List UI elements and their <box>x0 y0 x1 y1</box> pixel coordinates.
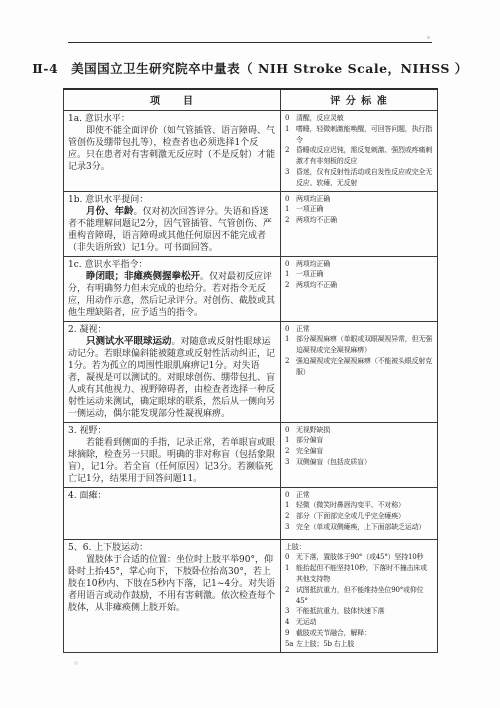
score-code: 4 <box>285 617 296 628</box>
scan-artifact-dot <box>74 661 78 665</box>
score-text: 清醒，反应灵敏 <box>296 113 433 124</box>
score-text: 部分凝视麻痹（单眼或双眼凝视异常，但无强迫凝视或完全凝视麻痹） <box>296 334 433 356</box>
score-item: 0正常 <box>285 490 433 501</box>
score-item: 1部分偏盲 <box>285 435 433 446</box>
score-text: 试图抵抗重力，但不能维持坐位90°或仰位45° <box>296 585 433 607</box>
criteria-cell: 0无视野缺损 1部分偏盲 2完全偏盲 3双侧偏盲（包括皮质盲） <box>281 422 438 487</box>
score-item: 2两项均不正确 <box>285 280 433 291</box>
table-header-row: 项 目 评 分 标 准 <box>64 89 438 111</box>
column-header-criteria: 评 分 标 准 <box>281 89 438 111</box>
item-title: 1a. 意识水平： <box>68 113 276 125</box>
column-header-item: 项 目 <box>64 89 281 111</box>
score-item: 1能抬起但不能坚持10秒，下落时不撞击床或其他支持物 <box>285 563 433 585</box>
score-text: 正常 <box>296 490 433 501</box>
table-row: 1a. 意识水平： 即使不能全面评价（如气管插管、语言障碍、气管创伤及绷带包扎等… <box>64 111 438 192</box>
table-row: 4. 面瘫： 0正常 1轻微（微笑时鼻唇沟变平、不对称） 2部分（下面部完全或几… <box>64 487 438 539</box>
score-text: 无视野缺损 <box>296 425 433 436</box>
score-item: 5a左上肢；5b 右上肢 <box>285 639 433 650</box>
item-body-text: 即使不能全面评价（如气管插管、语言障碍、气管创伤及绷带包扎等），检查者也必须选择… <box>68 126 275 172</box>
item-body: 睁闭眼；非瘫痪侧握拳松开。仅对最初反应评分，有明确努力但未完成的也给分。若对指令… <box>68 271 276 319</box>
score-code: 2 <box>285 356 296 378</box>
score-item: 1轻微（微笑时鼻唇沟变平、不对称） <box>285 500 433 511</box>
document-page: Ⅱ-4 美国国立卫生研究院卒中量表（ NIH Stroke Scale，NIHS… <box>0 0 500 708</box>
score-text: 强迫凝视或完全凝视麻痹（不能被头眼反射克服） <box>296 356 433 378</box>
criteria-cell: 上肢： 0无下落，置肢体于90°（或45°）坚持10秒 1能抬起但不能坚持10秒… <box>281 539 438 652</box>
score-code: 0 <box>285 490 296 501</box>
score-item: 1部分凝视麻痹（单眼或双眼凝视异常，但无强迫凝视或完全凝视麻痹） <box>285 334 433 356</box>
score-item: 1一项正确 <box>285 269 433 280</box>
score-text: 能抬起但不能坚持10秒，下落时不撞击床或其他支持物 <box>296 563 433 585</box>
item-cell: 1b. 意识水平提问： 月份、年龄。仅对初次回答评分。失语和昏迷者不能理解问题记… <box>64 191 281 256</box>
header-rule <box>68 42 432 43</box>
item-body: 月份、年龄。仅对初次回答评分。失语和昏迷者不能理解问题记2分，因气管插管、气管创… <box>68 206 276 254</box>
score-text: 嗜睡，轻微刺激能唤醒，可回答问题，执行指令 <box>296 124 433 146</box>
score-code: 0 <box>285 552 296 563</box>
item-title: 1c. 意识水平指令： <box>68 259 276 271</box>
score-code: 0 <box>285 259 296 270</box>
item-title: 5、6. 上下肢运动： <box>68 542 276 554</box>
item-cell: 4. 面瘫： <box>64 487 281 539</box>
item-cell: 3. 视野： 若能看到侧面的手指，记录正常，若单眼盲或眼球摘除，检查另一只眼。明… <box>64 422 281 487</box>
score-code: 1 <box>285 124 296 146</box>
table-row: 5、6. 上下肢运动： 置肢体于合适的位置：坐位时上肢平举90°，仰卧时上抬45… <box>64 539 438 652</box>
item-body: 若能看到侧面的手指，记录正常，若单眼盲或眼球摘除，检查另一只眼。明确的非对称盲（… <box>68 437 276 485</box>
score-item: 2昏睡或反应迟钝，需反复刺激、强烈或疼痛刺激才有非刻板的反应 <box>285 145 433 167</box>
score-code: 1 <box>285 269 296 280</box>
score-text: 完全偏盲 <box>296 446 433 457</box>
score-code: 2 <box>285 585 296 607</box>
page-title: Ⅱ-4 美国国立卫生研究院卒中量表（ NIH Stroke Scale，NIHS… <box>0 59 500 77</box>
score-code: 0 <box>285 324 296 335</box>
score-text: 一项正确 <box>296 204 433 215</box>
score-text: 正常 <box>296 324 433 335</box>
score-text: 左上肢；5b 右上肢 <box>296 639 433 650</box>
score-item: 1一项正确 <box>285 204 433 215</box>
criteria-cell: 0正常 1部分凝视麻痹（单眼或双眼凝视异常，但无强迫凝视或完全凝视麻痹） 2强迫… <box>281 321 438 422</box>
score-text: 两项均正确 <box>296 259 433 270</box>
score-text: 轻微（微笑时鼻唇沟变平、不对称） <box>296 500 433 511</box>
item-title: 4. 面瘫： <box>68 490 276 502</box>
table-row: 2. 凝视： 只测试水平眼球运动。对随意或反射性眼球运动记分。若眼球偏斜能被随意… <box>64 321 438 422</box>
score-code: 9 <box>285 628 296 639</box>
item-title: 3. 视野： <box>68 425 276 437</box>
score-text: 双侧偏盲（包括皮质盲） <box>296 457 433 468</box>
score-code: 2 <box>285 511 296 522</box>
item-body-text: 若能看到侧面的手指，记录正常，若单眼盲或眼球摘除，检查另一只眼。明确的非对称盲（… <box>68 438 275 484</box>
score-item: 1嗜睡，轻微刺激能唤醒，可回答问题，执行指令 <box>285 124 433 146</box>
item-keyword: 只测试水平眼球运动 <box>86 336 172 347</box>
score-code: 5a <box>285 639 296 650</box>
score-text: 两项均正确 <box>296 194 433 205</box>
criteria-cell: 0清醒，反应灵敏 1嗜睡，轻微刺激能唤醒，可回答问题，执行指令 2昏睡或反应迟钝… <box>281 111 438 192</box>
criteria-cell: 0正常 1轻微（微笑时鼻唇沟变平、不对称） 2部分（下面部完全或几乎完全瘫痪） … <box>281 487 438 539</box>
score-text: 两项均不正确 <box>296 280 433 291</box>
score-code: 2 <box>285 280 296 291</box>
score-item: 0两项均正确 <box>285 259 433 270</box>
score-item: 0无下落，置肢体于90°（或45°）坚持10秒 <box>285 552 433 563</box>
item-title: 1b. 意识水平提问： <box>68 194 276 206</box>
criteria-cell: 0两项均正确 1一项正确 2两项均不正确 <box>281 191 438 256</box>
score-text: 两项均不正确 <box>296 215 433 226</box>
item-cell: 2. 凝视： 只测试水平眼球运动。对随意或反射性眼球运动记分。若眼球偏斜能被随意… <box>64 321 281 422</box>
score-text: 不能抵抗重力，肢体快速下落 <box>296 606 433 617</box>
item-title: 2. 凝视： <box>68 324 276 336</box>
score-text: 截肢或关节融合，解释： <box>296 628 433 639</box>
score-code: 2 <box>285 446 296 457</box>
score-text: 昏迷，仅有反射性活动或自发性反应或完全无反应、软瘫、无反射 <box>296 167 433 189</box>
score-code: 0 <box>285 425 296 436</box>
table-row: 3. 视野： 若能看到侧面的手指，记录正常，若单眼盲或眼球摘除，检查另一只眼。明… <box>64 422 438 487</box>
item-body: 只测试水平眼球运动。对随意或反射性眼球运动记分。若眼球偏斜能被随意或反射性活动纠… <box>68 336 276 420</box>
score-text: 无运动 <box>296 617 433 628</box>
item-body-text: 。对随意或反射性眼球运动记分。若眼球偏斜能被随意或反射性活动纠正，记1分。若为孤… <box>68 337 275 419</box>
score-code: 3 <box>285 457 296 468</box>
score-text: 昏睡或反应迟钝，需反复刺激、强烈或疼痛刺激才有非刻板的反应 <box>296 145 433 167</box>
score-item: 3完全（单或双侧瘫痪，上下面部缺乏运动） <box>285 522 433 533</box>
score-code: 2 <box>285 215 296 226</box>
item-body-text: 置肢体于合适的位置：坐位时上肢平举90°，仰卧时上抬45°，掌心向下，下肢卧位抬… <box>68 555 275 613</box>
item-cell: 5、6. 上下肢运动： 置肢体于合适的位置：坐位时上肢平举90°，仰卧时上抬45… <box>64 539 281 652</box>
score-item: 3不能抵抗重力，肢体快速下落 <box>285 606 433 617</box>
score-item: 2强迫凝视或完全凝视麻痹（不能被头眼反射克服） <box>285 356 433 378</box>
score-item: 4无运动 <box>285 617 433 628</box>
item-cell: 1c. 意识水平指令： 睁闭眼；非瘫痪侧握拳松开。仅对最初反应评分，有明确努力但… <box>64 256 281 321</box>
item-body: 置肢体于合适的位置：坐位时上肢平举90°，仰卧时上抬45°，掌心向下，下肢卧位抬… <box>68 554 276 614</box>
table-row: 1b. 意识水平提问： 月份、年龄。仅对初次回答评分。失语和昏迷者不能理解问题记… <box>64 191 438 256</box>
score-item: 3昏迷，仅有反射性活动或自发性反应或完全无反应、软瘫、无反射 <box>285 167 433 189</box>
score-text: 一项正确 <box>296 269 433 280</box>
score-code: 0 <box>285 194 296 205</box>
score-code: 2 <box>285 145 296 167</box>
item-body: 即使不能全面评价（如气管插管、语言障碍、气管创伤及绷带包扎等），检查者也必须选择… <box>68 125 276 173</box>
scan-artifact-dot <box>427 36 430 39</box>
score-code: 1 <box>285 500 296 511</box>
score-code: 3 <box>285 167 296 189</box>
score-item: 0无视野缺损 <box>285 425 433 436</box>
score-text: 完全（单或双侧瘫痪，上下面部缺乏运动） <box>296 522 433 533</box>
score-item: 2完全偏盲 <box>285 446 433 457</box>
score-text: 部分（下面部完全或几乎完全瘫痪） <box>296 511 433 522</box>
score-code: 0 <box>285 113 296 124</box>
score-code: 3 <box>285 522 296 533</box>
score-code: 1 <box>285 435 296 446</box>
item-keyword: 睁闭眼；非瘫痪侧握拳松开 <box>86 271 200 282</box>
item-cell: 1a. 意识水平： 即使不能全面评价（如气管插管、语言障碍、气管创伤及绷带包扎等… <box>64 111 281 192</box>
score-item: 2试图抵抗重力，但不能维持坐位90°或仰位45° <box>285 585 433 607</box>
score-item: 0清醒，反应灵敏 <box>285 113 433 124</box>
criteria-subheader: 上肢： <box>285 542 433 553</box>
score-code: 1 <box>285 334 296 356</box>
score-item: 2部分（下面部完全或几乎完全瘫痪） <box>285 511 433 522</box>
item-keyword: 月份、年龄 <box>86 206 134 217</box>
score-code: 1 <box>285 563 296 585</box>
score-item: 0两项均正确 <box>285 194 433 205</box>
criteria-cell: 0两项均正确 1一项正确 2两项均不正确 <box>281 256 438 321</box>
score-item: 3双侧偏盲（包括皮质盲） <box>285 457 433 468</box>
table-row: 1c. 意识水平指令： 睁闭眼；非瘫痪侧握拳松开。仅对最初反应评分，有明确努力但… <box>64 256 438 321</box>
nihss-table: 项 目 评 分 标 准 1a. 意识水平： 即使不能全面评价（如气管插管、语言障… <box>63 88 438 653</box>
score-item: 2两项均不正确 <box>285 215 433 226</box>
score-item: 0正常 <box>285 324 433 335</box>
score-item: 9截肢或关节融合，解释： <box>285 628 433 639</box>
score-text: 无下落，置肢体于90°（或45°）坚持10秒 <box>296 552 433 563</box>
score-code: 1 <box>285 204 296 215</box>
score-code: 3 <box>285 606 296 617</box>
score-text: 部分偏盲 <box>296 435 433 446</box>
